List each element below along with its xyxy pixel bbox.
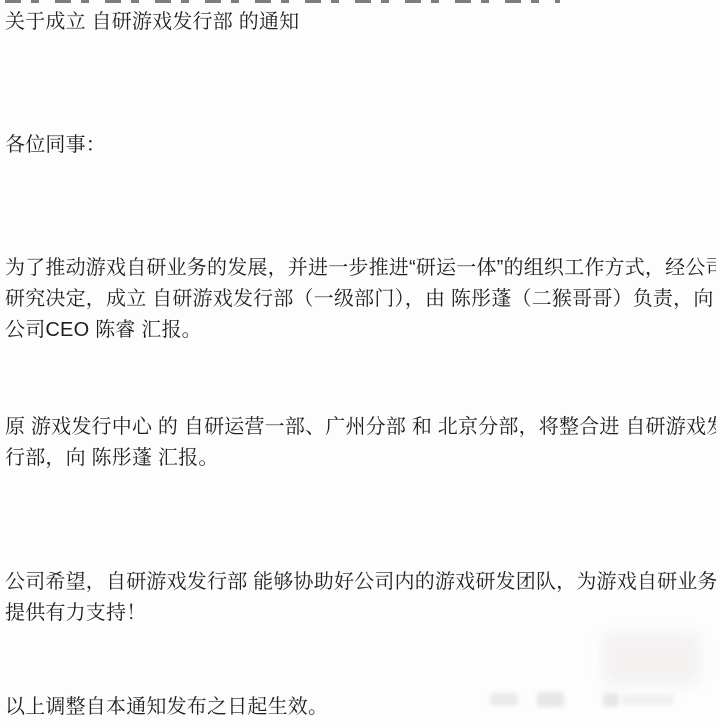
paragraph-establishment: 为了推动游戏自研业务的发展，并进一步推进“研运一体”的组织工作方式，经公司 研究… — [5, 253, 716, 346]
paragraph-line: 行部，向 陈彤蓬 汇报。 — [5, 443, 716, 474]
watermark-blob — [603, 693, 619, 707]
paragraph-line: 原 游戏发行中心 的 自研运营一部、广州分部 和 北京分部，将整合进 自研游戏发 — [5, 412, 716, 443]
watermark-blob — [537, 692, 564, 707]
watermark-blob — [490, 693, 518, 706]
watermark-blob — [622, 694, 674, 705]
notice-title: 关于成立 自研游戏发行部 的通知 — [5, 7, 716, 38]
salutation: 各位同事： — [5, 130, 716, 161]
paragraph-expectation: 公司希望，自研游戏发行部 能够协助好公司内的游戏研发团队，为游戏自研业务 提供有… — [5, 567, 716, 629]
paragraph-line: 公司希望，自研游戏发行部 能够协助好公司内的游戏研发团队，为游戏自研业务 — [5, 567, 716, 598]
notice-screenshot: 关于成立 自研游戏发行部 的通知 各位同事： 为了推动游戏自研业务的发展，并进一… — [0, 0, 720, 727]
watermark-smudge — [603, 633, 700, 685]
notice-document: 关于成立 自研游戏发行部 的通知 各位同事： 为了推动游戏自研业务的发展，并进一… — [5, 0, 716, 723]
paragraph-line: 提供有力支持！ — [5, 598, 716, 629]
paragraph-line: 为了推动游戏自研业务的发展，并进一步推进“研运一体”的组织工作方式，经公司 — [5, 253, 716, 284]
paragraph-line: 公司CEO 陈睿 汇报。 — [5, 315, 716, 346]
paragraph-line: 研究决定，成立 自研游戏发行部（一级部门），由 陈彤蓬（二猴哥哥）负责，向 — [5, 284, 716, 315]
paragraph-integration: 原 游戏发行中心 的 自研运营一部、广州分部 和 北京分部，将整合进 自研游戏发… — [5, 412, 716, 474]
